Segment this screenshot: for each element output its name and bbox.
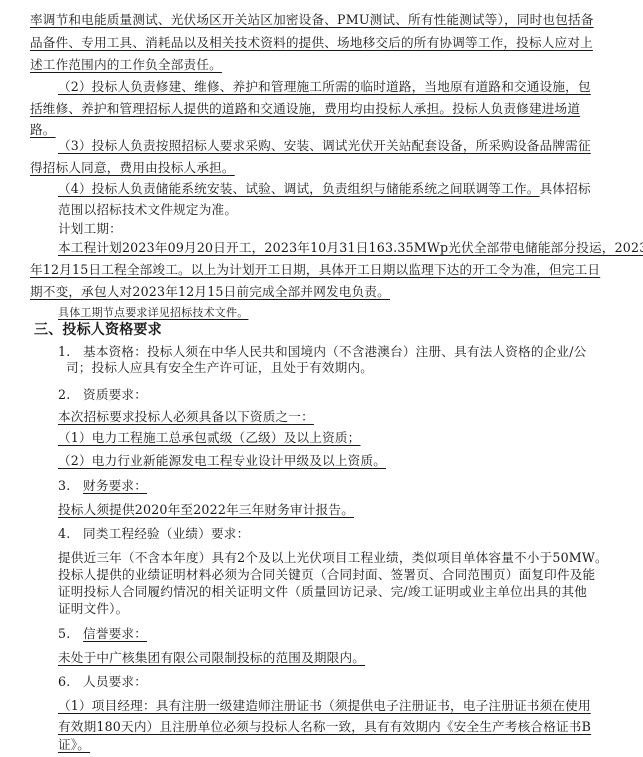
req1-number: 1. [58, 344, 70, 359]
schedule-note: 具体工期节点要求详见招标技术文件。 [58, 305, 248, 321]
req4-line-2: 投标人提供的业绩证明材料必须为合同关键页（合同封面、签署页、合同范围页）面复印件… [58, 567, 595, 583]
req5-title-line: 5. 信誉要求： [58, 626, 147, 642]
req2-number: 2. [58, 387, 70, 402]
req5-number: 5. [58, 626, 70, 641]
section3-heading: 三、投标人资格要求 [34, 322, 162, 338]
schedule-line-3: 期不变，承包人对2023年12月15日前完成全部并网发电负责。 [30, 284, 390, 300]
req6-line-1: （1）项目经理：具有注册一级建造师注册证书（须提供电子注册证书，电子注册证书须在… [58, 698, 591, 714]
req3-number: 3. [58, 478, 70, 493]
req5-text: 未处于中广核集团有限公司限制投标的范围及期限内。 [58, 650, 365, 666]
req6-title-line: 6. 人员要求： [58, 674, 147, 690]
item4-plain-text: 具体招标 [540, 181, 591, 196]
req6-number: 6. [58, 674, 70, 689]
req1-line-2: 司；投标人应具有安全生产许可证，且处于有效期内。 [66, 360, 373, 376]
req4-title-line: 4. 同类工程经验（业绩）要求： [58, 526, 249, 542]
item3-line-1: （3）投标人负责按照招标人要求采购、安装、调试光伏开关站配套设备，所采购设备品牌… [58, 138, 591, 154]
req2-option-1: （1）电力工程施工总承包贰级（乙级）及以上资质； [58, 430, 360, 446]
req2-intro: 本次招标要求投标人必须具备以下资质之一： [58, 409, 314, 425]
item4-line-2: 范围以招标技术文件规定为准。 [58, 202, 237, 218]
scope-line-1: 率调节和电能质量测试、光伏场区开关站区加密设备、PMU测试、所有性能测试等），同… [30, 12, 594, 28]
req4-line-3: 证明投标人合同履约情况的相关证明文件（质量回访记录、完/竣工证明或业主单位出具的… [58, 584, 587, 600]
req2-title-line: 2. 资质要求： [58, 387, 147, 403]
req4-title: 同类工程经验（业绩）要求： [83, 526, 249, 541]
item4-underlined-text: （4）投标人负责储能系统安装、试验、调试，负责组织与储能系统之间联调等工作。 [58, 181, 540, 196]
req6-line-3: 证》。 [58, 737, 90, 753]
req4-number: 4. [58, 526, 70, 541]
item2-line-3: 路。 [30, 122, 56, 138]
schedule-line-1: 本工程计划2023年09月20日开工，2023年10月31日163.35MWp光… [58, 240, 643, 256]
req3-title: 财务要求： [83, 478, 147, 493]
item4-line-1: （4）投标人负责储能系统安装、试验、调试，负责组织与储能系统之间联调等工作。具体… [58, 181, 591, 197]
scope-line-2: 品备件、专用工具、消耗品以及相关技术资料的提供、场地移交后的所有协调等工作，投标… [30, 35, 593, 51]
req3-text: 投标人须提供2020年至2022年三年财务审计报告。 [58, 502, 354, 518]
req3-title-line: 3. 财务要求： [58, 478, 147, 494]
req2-title: 资质要求： [83, 387, 147, 402]
req4-line-4: 证明文件）。 [58, 601, 128, 617]
scope-line-3: 述工作范围内的工作负全部责任。 [30, 57, 222, 73]
req5-title: 信誉要求： [83, 626, 147, 641]
req1-text: 基本资格：投标人须在中华人民共和国境内（不含港澳台）注册、具有法人资格的企业/公 [83, 344, 586, 359]
req6-line-2: 有效期180天内）且注册单位必须与投标人名称一致，具有有效期内《安全生产考核合格… [58, 719, 591, 735]
item3-line-2: 得招标人同意，费用由投标人承担。 [30, 160, 235, 176]
item2-line-2: 括维修、养护和管理招标人提供的道路和交通设施，费用均由投标人承担。投标人负责修建… [30, 101, 580, 117]
req4-line-1: 提供近三年（不含本年度）具有2个及以上光伏项目工程业绩，类似项目单体容量不小于5… [58, 550, 608, 566]
schedule-line-2: 年12月15日工程全部竣工。以上为计划开工日期，具体开工日期以监理下达的开工令为… [30, 262, 600, 278]
req2-option-2: （2）电力行业新能源发电工程专业设计甲级及以上资质。 [58, 453, 386, 469]
item2-line-1: （2）投标人负责修建、维修、养护和管理施工所需的临时道路，当地原有道路和交通设施… [58, 79, 591, 95]
req1-line-1: 1. 基本资格：投标人须在中华人民共和国境内（不含港澳台）注册、具有法人资格的企… [58, 344, 586, 360]
req6-title: 人员要求： [83, 674, 147, 689]
schedule-label: 计划工期： [58, 221, 122, 237]
